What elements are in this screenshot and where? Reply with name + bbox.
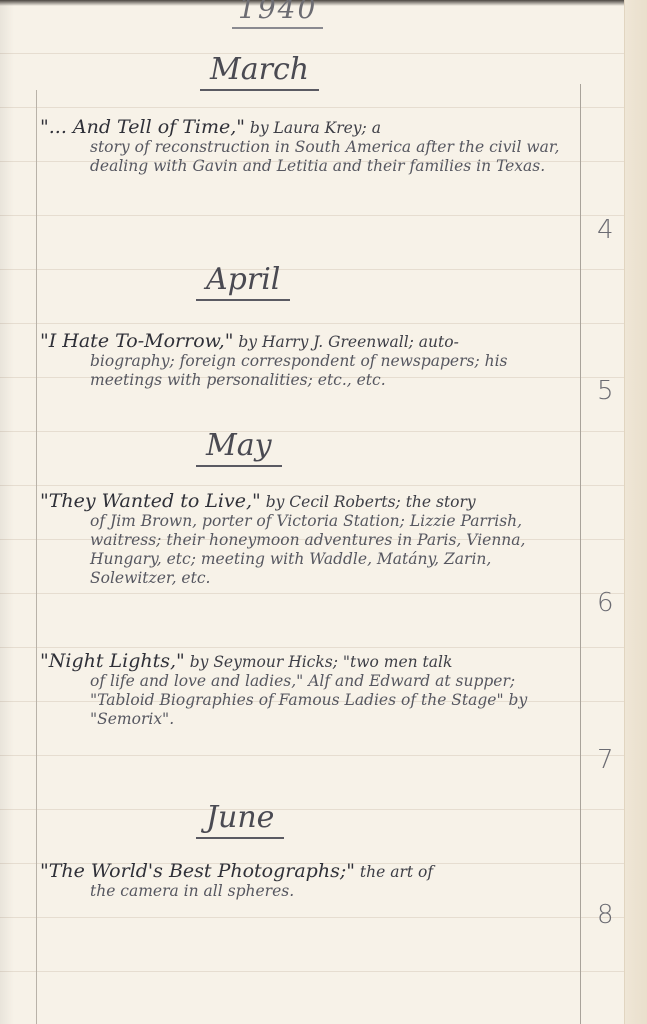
entry-i-hate-tomorrow: "I Hate To-Morrow," by Harry J. Greenwal…	[40, 332, 570, 390]
month-heading-may: May	[196, 428, 282, 467]
page-number: 5	[597, 376, 614, 406]
entry-description: of Jim Brown, porter of Victoria Station…	[40, 512, 570, 588]
entry-author: by Harry J. Greenwall; auto-	[233, 333, 458, 351]
month-heading-june: June	[196, 800, 284, 839]
entry-title: "Night Lights,"	[40, 650, 185, 672]
entry-title: "... And Tell of Time,"	[40, 116, 245, 138]
entry-description: story of reconstruction in South America…	[40, 138, 570, 176]
entry-author: by Laura Krey; a	[245, 119, 381, 137]
entry-worlds-best-photographs: "The World's Best Photographs;" the art …	[40, 862, 570, 901]
year-heading: 1940	[232, 0, 323, 29]
entry-author: by Cecil Roberts; the story	[261, 493, 476, 511]
entry-author: by Seymour Hicks; "two men talk	[185, 653, 453, 671]
notebook-page: 1940 March "... And Tell of Time," by La…	[0, 0, 647, 1024]
top-shadow	[0, 0, 647, 6]
left-margin-line	[36, 90, 37, 1024]
month-heading-april: April	[196, 262, 290, 301]
entry-author: the art of	[355, 863, 433, 881]
entry-title: "The World's Best Photographs;"	[40, 860, 355, 882]
entry-description: of life and love and ladies," Alf and Ed…	[40, 672, 570, 729]
month-heading-march: March	[200, 52, 319, 91]
right-margin-line	[580, 84, 581, 1024]
entry-title: "They Wanted to Live,"	[40, 490, 261, 512]
page-number: 8	[597, 900, 614, 930]
page-edge	[624, 0, 647, 1024]
entry-night-lights: "Night Lights," by Seymour Hicks; "two m…	[40, 652, 570, 729]
page-number: 7	[597, 745, 614, 775]
page-number: 4	[597, 215, 614, 245]
entry-and-tell-of-time: "... And Tell of Time," by Laura Krey; a…	[40, 118, 570, 176]
entry-description: the camera in all spheres.	[40, 882, 570, 901]
page-number: 6	[597, 588, 614, 618]
entry-title: "I Hate To-Morrow,"	[40, 330, 233, 352]
entry-description: biography; foreign correspondent of news…	[40, 352, 570, 390]
entry-they-wanted-to-live: "They Wanted to Live," by Cecil Roberts;…	[40, 492, 570, 588]
